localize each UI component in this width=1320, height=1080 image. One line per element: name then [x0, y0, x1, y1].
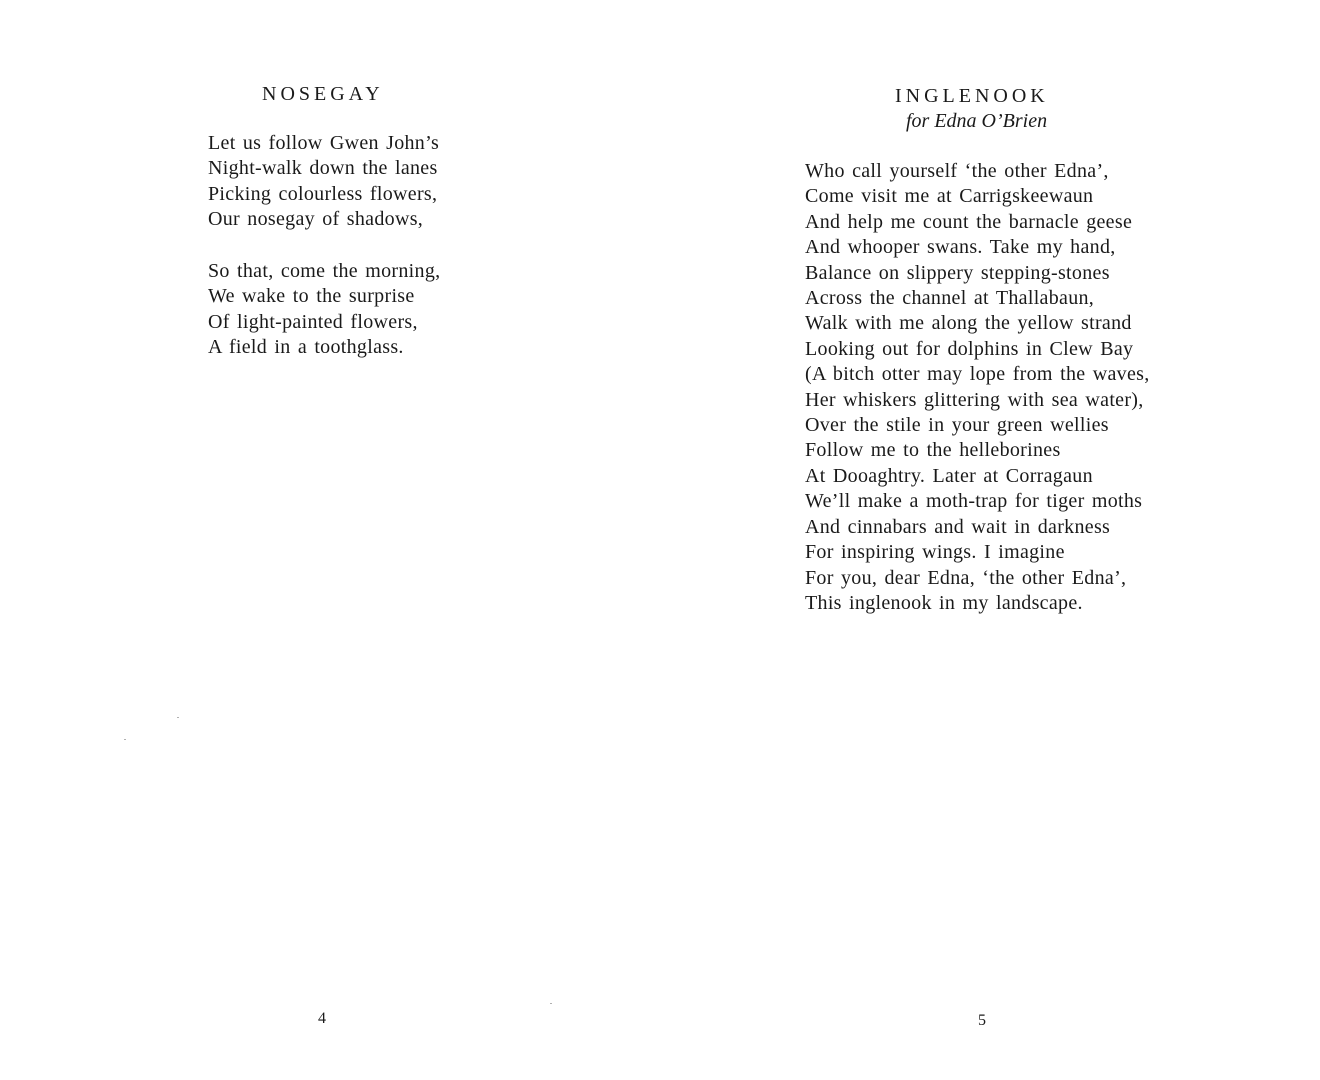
poem-stanza: Who call yourself ‘the other Edna’, Come… — [805, 159, 1150, 616]
poem-line: Her whiskers glittering with sea water), — [805, 388, 1150, 413]
poem-dedication: for Edna O’Brien — [906, 110, 1047, 133]
poem-stanza: So that, come the morning, We wake to th… — [208, 259, 440, 361]
poem-line: And whooper swans. Take my hand, — [805, 235, 1150, 260]
poem-title: NOSEGAY — [262, 83, 384, 106]
poem-line: Who call yourself ‘the other Edna’, — [805, 159, 1150, 184]
scan-speck — [124, 739, 126, 740]
right-page: INGLENOOK for Edna O’Brien Who call your… — [660, 0, 1320, 1080]
poem-line: So that, come the morning, — [208, 259, 440, 284]
poem-line: Over the stile in your green wellies — [805, 413, 1150, 438]
poem-line: For you, dear Edna, ‘the other Edna’, — [805, 566, 1150, 591]
poem-line: Balance on slippery stepping-stones — [805, 261, 1150, 286]
poem-line: Come visit me at Carrigskeewaun — [805, 184, 1150, 209]
left-page: NOSEGAY Let us follow Gwen John’s Night-… — [0, 0, 660, 1080]
poem-line: Walk with me along the yellow strand — [805, 311, 1150, 336]
poem-line: Of light-painted flowers, — [208, 310, 440, 335]
poem-line: Let us follow Gwen John’s — [208, 131, 439, 156]
poem-line: Night-walk down the lanes — [208, 156, 439, 181]
poem-line: At Dooaghtry. Later at Corragaun — [805, 464, 1150, 489]
poem-line: And cinnabars and wait in darkness — [805, 515, 1150, 540]
scan-speck — [550, 1003, 552, 1004]
poem-stanza: Let us follow Gwen John’s Night-walk dow… — [208, 131, 439, 233]
page-number: 5 — [978, 1012, 986, 1030]
poem-line: A field in a toothglass. — [208, 335, 440, 360]
page-number: 4 — [318, 1010, 326, 1028]
scan-speck — [177, 717, 179, 718]
poem-line: Looking out for dolphins in Clew Bay — [805, 337, 1150, 362]
poem-line: Picking colourless flowers, — [208, 182, 439, 207]
poem-line: This inglenook in my landscape. — [805, 591, 1150, 616]
poem-line: Our nosegay of shadows, — [208, 207, 439, 232]
poem-line: Follow me to the helleborines — [805, 438, 1150, 463]
poem-title: INGLENOOK — [895, 85, 1049, 108]
poem-line: We’ll make a moth-trap for tiger moths — [805, 489, 1150, 514]
poem-line: (A bitch otter may lope from the waves, — [805, 362, 1150, 387]
poem-line: Across the channel at Thallabaun, — [805, 286, 1150, 311]
poem-line: For inspiring wings. I imagine — [805, 540, 1150, 565]
poem-line: And help me count the barnacle geese — [805, 210, 1150, 235]
poem-line: We wake to the surprise — [208, 284, 440, 309]
